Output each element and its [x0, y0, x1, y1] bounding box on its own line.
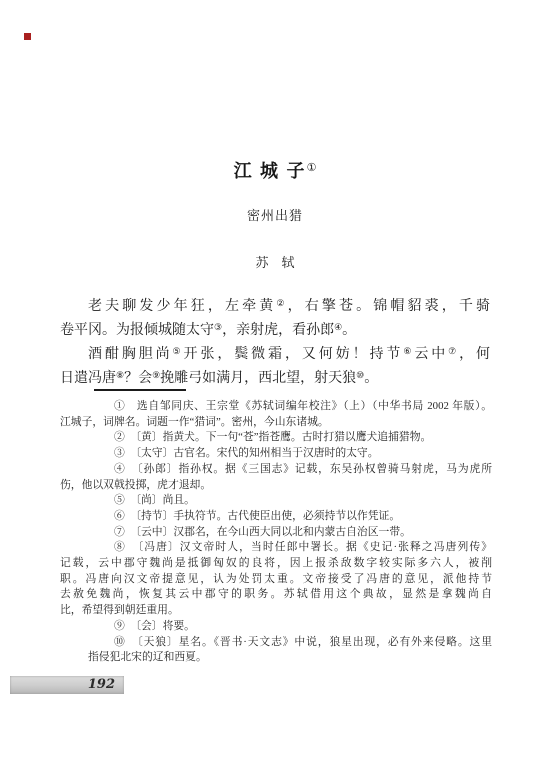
- footnote-separator: [94, 389, 186, 391]
- page-title: 江 城 子①: [0, 158, 550, 184]
- note-ref: ⑩: [356, 370, 364, 380]
- footnote-line: ① 选自邹同庆、王宗堂《苏轼词编年校注》（上）（中华书局 2002 年版）。: [60, 399, 492, 415]
- note-ref: ⑦: [448, 346, 459, 356]
- note-ref: ④: [334, 322, 342, 332]
- note-ref: ③: [214, 322, 222, 332]
- poem-line: 酒酣胸胆尚⑤开张，鬓微霜，又何妨！持节⑥云中⑦，何: [60, 343, 490, 367]
- poem-body: 老夫聊发少年狂，左牵黄②，右擎苍。锦帽貂裘，千骑卷平冈。为报倾城随太守③，亲射虎…: [60, 295, 490, 391]
- footnote-line: 职。冯唐向汉文帝提意见，认为处罚太重。文帝接受了冯唐的意见，派他持节: [60, 572, 492, 588]
- note-ref: ⑥: [403, 346, 414, 356]
- footnote-line: 指侵犯北宋的辽和西夏。: [60, 650, 492, 666]
- poem-line: 日遣冯唐⑧？会⑨挽雕弓如满月，西北望，射天狼⑩。: [60, 367, 490, 391]
- corner-red-mark: [24, 33, 31, 40]
- poem-subtitle: 密州出猎: [0, 208, 550, 224]
- page-number-bar: 192: [10, 676, 124, 694]
- footnote-line: ⑦ 〔云中〕汉郡名，在今山西大同以北和内蒙古自治区一带。: [60, 525, 492, 541]
- footnote-line: ② 〔黄〕指黄犬。下一句“苍”指苍鹰。古时打猎以鹰犬追捕猎物。: [60, 430, 492, 446]
- footnote-line: 记载，云中郡守魏尚是抵御匈奴的良将，因上报杀敌数字较实际多六人，被削: [60, 556, 492, 572]
- poem-line: 卷平冈。为报倾城随太守③，亲射虎，看孙郎④。: [60, 319, 490, 343]
- footnote-line: ③ 〔太守〕古官名。宋代的知州相当于汉唐时的太守。: [60, 446, 492, 462]
- footnote-line: ④ 〔孙郎〕指孙权。据《三国志》记载，东吴孙权曾骑马射虎，马为虎所: [60, 462, 492, 478]
- footnote-line: 江城子，词牌名。词题一作“猎词”。密州，今山东诸城。: [60, 415, 492, 431]
- title-note-ref: ①: [307, 162, 317, 174]
- poem-line: 老夫聊发少年狂，左牵黄②，右擎苍。锦帽貂裘，千骑: [60, 295, 490, 319]
- footnote-line: 去赦免魏尚，恢复其云中郡守的职务。苏轼借用这个典故，显然是拿魏尚自: [60, 587, 492, 603]
- note-ref: ②: [276, 298, 287, 308]
- footnote-line: 比，希望得到朝廷重用。: [60, 603, 492, 619]
- poem-author: 苏 轼: [0, 255, 550, 271]
- page-number: 192: [10, 676, 124, 694]
- note-ref: ⑧: [116, 370, 124, 380]
- footnote-line: 伤，他以双戟投掷，虎才退却。: [60, 478, 492, 494]
- note-ref: ⑨: [152, 370, 160, 380]
- footnote-line: ⑧ 〔冯唐〕汉文帝时人，当时任郎中署长。据《史记·张释之冯唐列传》: [60, 540, 492, 556]
- footnotes-block: ① 选自邹同庆、王宗堂《苏轼词编年校注》（上）（中华书局 2002 年版）。江城…: [60, 399, 492, 666]
- footnote-line: ⑥ 〔持节〕手执符节。古代使臣出使，必须持节以作凭证。: [60, 509, 492, 525]
- title-text: 江 城 子: [234, 161, 307, 181]
- note-ref: ⑤: [173, 346, 184, 356]
- footnote-line: ⑨ 〔会〕将要。: [60, 619, 492, 635]
- footnote-line: ⑩ 〔天狼〕星名。《晋书·天文志》中说，狼星出现，必有外来侵略。这里: [60, 635, 492, 651]
- footnote-line: ⑤ 〔尚〕尚且。: [60, 493, 492, 509]
